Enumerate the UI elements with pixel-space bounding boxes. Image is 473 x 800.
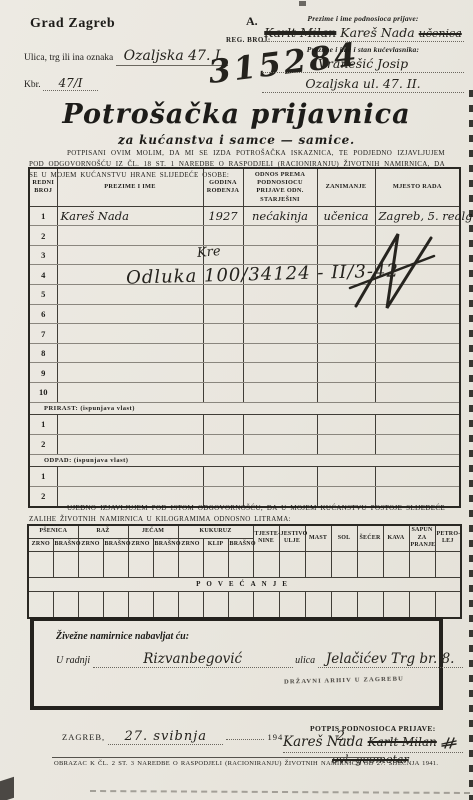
odpad-empty-cell — [243, 466, 317, 486]
supplies-value-cell — [435, 591, 461, 618]
shop-box-title: Živežne namirnice nabavljat ću: — [56, 631, 189, 642]
scan-edge-artifact — [469, 90, 473, 800]
persons-table: REDNI BROJPREZIME I IMEGODINA ROĐENJAODN… — [28, 167, 461, 508]
prirast-empty-cell — [57, 434, 203, 454]
scan-bottom-edge — [90, 790, 470, 794]
prirast-empty-cell — [243, 414, 317, 434]
archive-stamp: DRŽAVNI ARHIV U ZAGREBU — [284, 675, 404, 685]
place-label: ZAGREB, — [62, 732, 105, 742]
u-radnji-label: U radnji — [56, 655, 90, 666]
birth-year-cell — [203, 343, 243, 363]
prirast-empty-cell — [317, 434, 375, 454]
supplies-value-cell — [253, 551, 279, 577]
supplies-col-kukuruz-zrno: ZRNO — [178, 538, 203, 551]
col-prezime-ime: PREZIME I IME — [57, 168, 203, 206]
shop-street-handwritten: Jelačićev Trg br. 8. — [318, 651, 463, 668]
supplies-value-row — [28, 551, 461, 577]
prirast-empty-cell — [243, 434, 317, 454]
supplies-value-cell — [331, 551, 357, 577]
birth-year-cell — [203, 226, 243, 246]
supplies-value-cell — [153, 551, 178, 577]
street-label: Ulica, trg ili ina oznaka — [24, 53, 113, 63]
supplies-value-cell — [305, 591, 331, 618]
odpad-band-label: ODPAD: (ispunjava vlast) — [29, 454, 460, 466]
flourish-signature-icon — [346, 228, 438, 318]
col-odnos: ODNOS PREMA PODNOSIOCU PRIJAVE ODN. STAR… — [243, 168, 317, 206]
supplies-value-row — [28, 591, 461, 618]
prirast-row: 2 — [29, 434, 460, 454]
prirast-band-label: PRIRAST: (ispunjava vlast) — [29, 402, 460, 414]
col-godina-rodjenja: GODINA ROĐENJA — [203, 168, 243, 206]
supplies-col-p-enica-bra-no: BRAŠNO — [53, 538, 78, 551]
supplies-value-cell — [357, 551, 383, 577]
persons-table-head: REDNI BROJPREZIME I IMEGODINA ROĐENJAODN… — [29, 168, 460, 206]
prirast-empty-cell — [375, 434, 460, 454]
workplace-cell — [375, 363, 460, 383]
shop-name-handwritten: Rizvanbegović — [93, 651, 293, 668]
applicant-crossed-out: Karlt Milan — [264, 25, 336, 40]
supplies-value-cell — [178, 591, 203, 618]
row-number: 7 — [29, 324, 57, 344]
supplies-value-cell — [383, 591, 409, 618]
person-row: 10 — [29, 383, 460, 403]
supplies-col-p-enica-zrno: ZRNO — [28, 538, 53, 551]
prirast-row: 1 — [29, 414, 460, 434]
relation-cell — [243, 343, 317, 363]
relation-cell — [243, 324, 317, 344]
section-letter: A. — [246, 14, 258, 29]
person-name-cell — [57, 226, 203, 246]
birth-year-cell — [203, 285, 243, 305]
supplies-value-cell — [178, 551, 203, 577]
povecanje-label: POVEĆANJE — [28, 577, 461, 591]
applicant-name-handwritten: Kareš Nada — [340, 25, 414, 40]
scan-corner-smudge — [0, 777, 14, 800]
relation-cell — [243, 304, 317, 324]
supplies-value-cell — [103, 591, 128, 618]
supplies-col-kukuruz-bra-no: BRAŠNO — [228, 538, 253, 551]
form-footer-note: OBRAZAC K ČL. 2 ST. 3 NAREDBE O RASPODJE… — [54, 760, 438, 767]
supplies-col-sol: SOL — [331, 525, 357, 551]
occupation-cell: učenica — [317, 206, 375, 226]
row-number: 6 — [29, 304, 57, 324]
supplies-col-petro-lej: PETRO-LEJ — [435, 525, 461, 551]
prirast-empty-cell — [317, 414, 375, 434]
kbr-value-handwritten: 47/I — [43, 76, 98, 91]
landlord-label: Prezime i ime i stan kućevlasnika: — [262, 45, 464, 54]
supplies-value-cell — [331, 591, 357, 618]
birth-year-cell — [203, 304, 243, 324]
supplies-value-cell — [28, 551, 53, 577]
form-subtitle: za kućanstva i samce — samice. — [0, 133, 473, 147]
row-number: 3 — [29, 245, 57, 265]
declaration-paragraph-2: UJEDNO IZJAVLJUJEM POD ISTOM ODGOVORNOŠĆ… — [29, 503, 445, 525]
street-line: Ulica, trg ili ina oznaka Ozaljska 47. I — [24, 48, 228, 64]
supplies-value-cell — [409, 591, 435, 618]
birth-year-cell: 1927 — [203, 206, 243, 226]
annotation-kre-handwritten: Kre — [196, 244, 221, 261]
person-name-cell — [57, 383, 203, 403]
supplies-value-cell — [305, 551, 331, 577]
row-number: 9 — [29, 363, 57, 383]
supplies-value-cell — [78, 551, 103, 577]
person-row: 8 — [29, 343, 460, 363]
supplies-value-cell — [103, 551, 128, 577]
supplies-col-je-am: JEČAM — [128, 525, 178, 538]
workplace-cell: Zagreb, 5. realg. — [375, 206, 460, 226]
shop-line: U radnji Rizvanbegović ulica Jelačićev T… — [56, 651, 463, 668]
birth-year-cell — [203, 383, 243, 403]
supplies-value-cell — [203, 591, 228, 618]
supplies-col-ra--zrno: ZRNO — [78, 538, 103, 551]
odpad-empty-cell — [375, 466, 460, 486]
odpad-empty-cell — [57, 466, 203, 486]
applicant-label: Prezime i ime podnosioca prijave: — [262, 14, 464, 23]
col-mjesto-rada: MJESTO RADA — [375, 168, 460, 206]
person-name-cell — [57, 363, 203, 383]
supplies-value-cell — [28, 591, 53, 618]
house-number-line: Kbr. 47/I — [24, 76, 98, 91]
supplies-col-kukuruz: KUKURUZ — [178, 525, 253, 538]
supplies-value-cell — [435, 551, 461, 577]
occupation-cell — [317, 343, 375, 363]
odpad-row: 1 — [29, 466, 460, 486]
year-prefix: 194 — [268, 732, 284, 742]
supplies-head: PŠENICARAŽJEČAMKUKURUZTJESTE-NINEJESTIVO… — [28, 525, 461, 551]
odpad-empty-cell — [203, 466, 243, 486]
person-row: 1Kareš Nada1927nećakinjaučenicaZagreb, 5… — [29, 206, 460, 226]
person-name-cell — [57, 343, 203, 363]
row-number: 10 — [29, 383, 57, 403]
supplies-col-mast: MAST — [305, 525, 331, 551]
ulica-label: ulica — [295, 655, 315, 666]
supplies-col-tjeste-nine: TJESTE-NINE — [253, 525, 279, 551]
relation-cell — [243, 285, 317, 305]
supplies-col-je-am-bra-no: BRAŠNO — [153, 538, 178, 551]
supplies-col-ra--bra-no: BRAŠNO — [103, 538, 128, 551]
supplies-col-sapun-za-pranje: SAPUN ZA PRANJE — [409, 525, 435, 551]
occupation-cell — [317, 363, 375, 383]
signature-line: Kareš Nada Karlt Milan — [283, 734, 463, 753]
landlord-address-handwritten: Ozaljska ul. 47. II. — [262, 76, 464, 93]
row-number: 1 — [29, 206, 57, 226]
supplies-table: PŠENICARAŽJEČAMKUKURUZTJESTE-NINEJESTIVO… — [27, 524, 462, 619]
signature-label: POTPIS PODNOSIOCA PRIJAVE: — [310, 724, 436, 733]
person-name-cell: Kareš Nada — [57, 206, 203, 226]
supplies-col--e-er: ŠEĆER — [357, 525, 383, 551]
supplies-col-ra-: RAŽ — [78, 525, 128, 538]
birth-year-cell — [203, 363, 243, 383]
col-zanimanje: ZANIMANJE — [317, 168, 375, 206]
prirast-empty-cell — [57, 414, 203, 434]
birth-year-cell — [203, 324, 243, 344]
supplies-col-jestivo-ulje: JESTIVO ULJE — [279, 525, 305, 551]
supplies-col-p-enica: PŠENICA — [28, 525, 78, 538]
dotted-leader — [226, 731, 264, 740]
strike-mark-icon — [441, 737, 457, 749]
supplies-body: POVEĆANJE — [28, 551, 461, 618]
prirast-row-number: 1 — [29, 414, 57, 434]
prirast-row-number: 2 — [29, 434, 57, 454]
scan-top-mark — [299, 1, 306, 6]
supplies-value-cell — [279, 551, 305, 577]
supplies-value-cell — [53, 591, 78, 618]
footer-rule — [52, 757, 382, 758]
header-right-block: Prezime i ime podnosioca prijave: Karlt … — [262, 14, 464, 96]
supplies-col-kukuruz-klip: KLIP — [203, 538, 228, 551]
occupation-cell — [317, 383, 375, 403]
relation-cell: nećakinja — [243, 206, 317, 226]
odpad-empty-cell — [317, 466, 375, 486]
supplies-value-cell — [53, 551, 78, 577]
supplies-value-cell — [279, 591, 305, 618]
relation-cell — [243, 226, 317, 246]
supplies-value-cell — [203, 551, 228, 577]
signature-crossed-out: Karlt Milan — [368, 735, 437, 749]
relation-cell — [243, 363, 317, 383]
signature-name-handwritten: Kareš Nada — [283, 734, 363, 750]
person-row: 7 — [29, 324, 460, 344]
prirast-empty-cell — [203, 434, 243, 454]
supplies-value-cell — [128, 591, 153, 618]
person-name-cell — [57, 324, 203, 344]
supplies-value-cell — [253, 591, 279, 618]
supplies-value-cell — [78, 591, 103, 618]
person-name-cell — [57, 304, 203, 324]
col-redni-broj: REDNI BROJ — [29, 168, 57, 206]
row-number: 8 — [29, 343, 57, 363]
supplies-value-cell — [383, 551, 409, 577]
applicant-value-line: Karlt Milan Kareš Nada učenica — [262, 25, 464, 42]
workplace-cell — [375, 383, 460, 403]
row-number: 2 — [29, 226, 57, 246]
supplies-col-je-am-zrno: ZRNO — [128, 538, 153, 551]
city-heading: Grad Zagreb — [30, 16, 115, 32]
workplace-cell — [375, 324, 460, 344]
form-title: Potrošačka prijavnica — [0, 99, 473, 130]
supplies-value-cell — [357, 591, 383, 618]
row-number: 4 — [29, 265, 57, 285]
povecanje-band-row: POVEĆANJE — [28, 577, 461, 591]
supplies-value-cell — [153, 591, 178, 618]
scanned-form-page: Grad Zagreb Ulica, trg ili ina oznaka Oz… — [0, 0, 473, 800]
relation-cell — [243, 383, 317, 403]
supplies-value-cell — [128, 551, 153, 577]
person-name-cell — [57, 245, 203, 265]
workplace-cell — [375, 343, 460, 363]
landlord-name-handwritten: Vranešić Josip — [262, 56, 464, 73]
person-row: 9 — [29, 363, 460, 383]
supplies-value-cell — [409, 551, 435, 577]
row-number: 5 — [29, 285, 57, 305]
date-handwritten: 27. svibnja — [108, 729, 223, 745]
supplies-col-kava: KAVA — [383, 525, 409, 551]
occupation-cell — [317, 324, 375, 344]
prirast-band-row: PRIRAST: (ispunjava vlast) — [29, 402, 460, 414]
applicant-note-crossed: učenica — [419, 27, 462, 40]
supplies-value-cell — [228, 551, 253, 577]
odpad-band-row: ODPAD: (ispunjava vlast) — [29, 454, 460, 466]
supplies-value-cell — [228, 591, 253, 618]
prirast-empty-cell — [203, 414, 243, 434]
prirast-empty-cell — [375, 414, 460, 434]
shop-declaration-box: Živežne namirnice nabavljat ću: U radnji… — [30, 617, 443, 710]
odpad-row-number: 1 — [29, 466, 57, 486]
kbr-label: Kbr. — [24, 80, 41, 90]
